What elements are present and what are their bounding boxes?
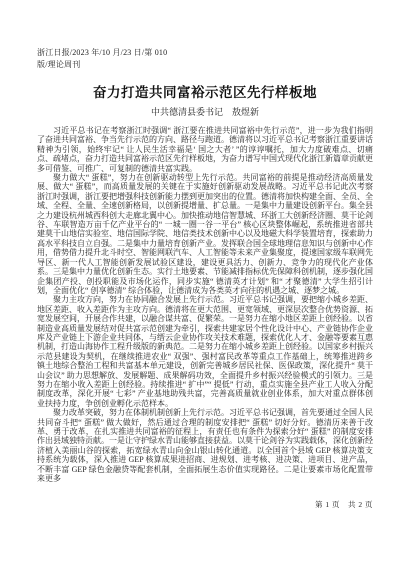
article-paragraph: 聚力做大“ 蛋糕”，努力在创新驱动转型上先行示范。共同富裕的前提是推动经济高质量…	[37, 173, 373, 295]
article-title: 奋力打造共同富裕示范区先行样板地	[0, 81, 410, 101]
document-page: 浙江日报/2023 年/10 月/23 日/第 010 版/理论周刊 奋力打造共…	[0, 0, 410, 580]
article-paragraph: 聚力主攻方向，努力在协同融合发展上先行示范。习近平总书记强调，要把缩小城乡差距、…	[37, 295, 373, 408]
article-paragraph: 习近平总书记在考察浙江时强调“ 浙江要在推进共同富裕中先行示范”，进一步为我们指…	[37, 126, 373, 173]
article-byline: 中共德清县委书记 敖煜新	[0, 105, 410, 118]
article-paragraph: 聚力改革突破，努力在体制机制创新上先行示范。习近平总书记强调，首先要通过全国人民…	[37, 408, 373, 483]
article-body: 习近平总书记在考察浙江时强调“ 浙江要在推进共同富裕中先行示范”，进一步为我们指…	[37, 126, 373, 483]
newspaper-source: 浙江日报/2023 年/10 月/23 日/第 010 版/理论周刊	[37, 47, 373, 70]
source-line-1: 浙江日报/2023 年/10 月/23 日/第 010	[37, 47, 373, 59]
page-footer: 第 1 页 共 2 页	[315, 499, 373, 510]
source-line-2: 版/理论周刊	[37, 59, 373, 71]
